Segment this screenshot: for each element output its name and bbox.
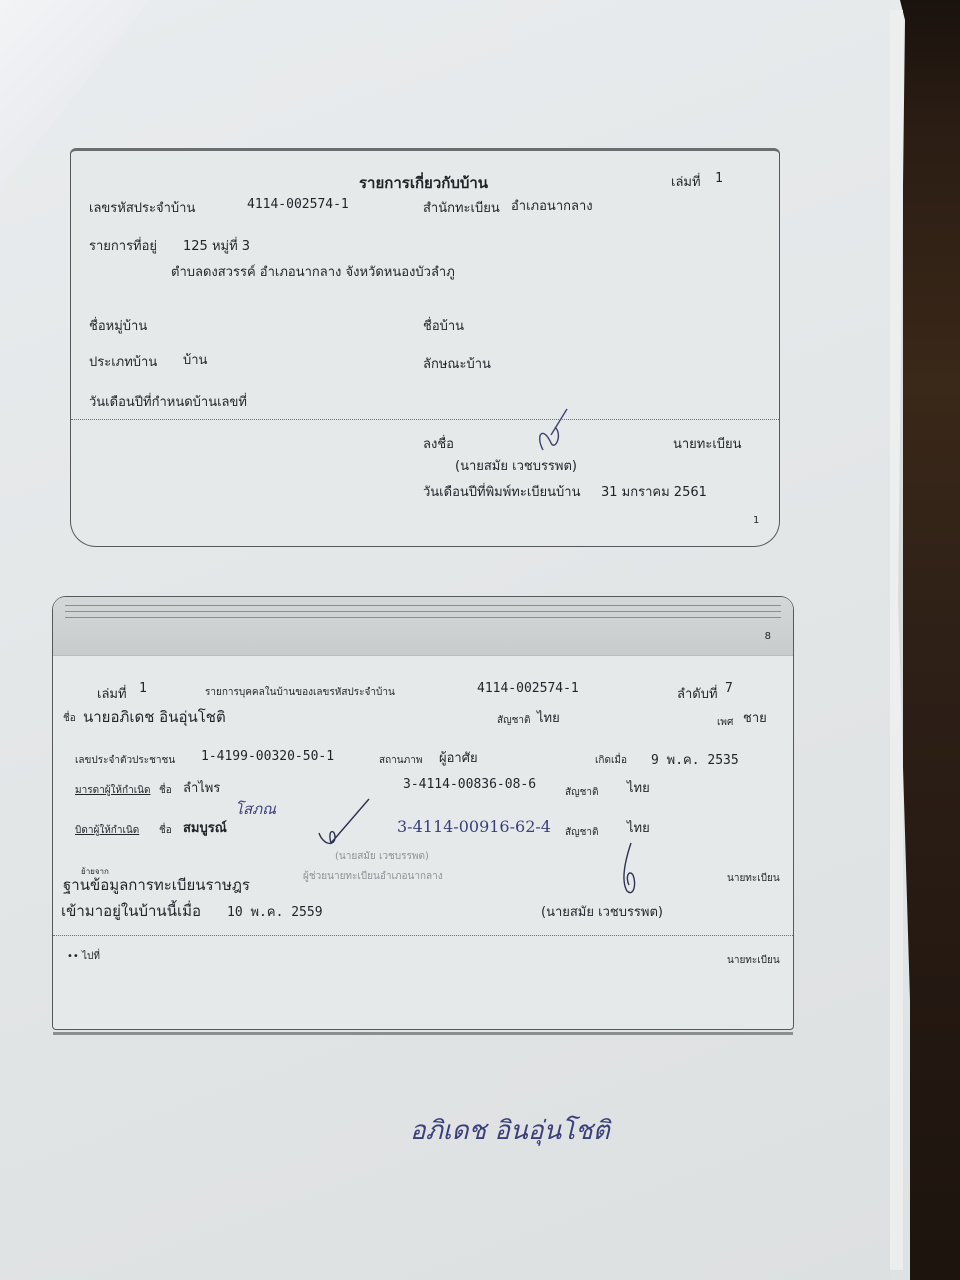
father-nationality: ไทย	[627, 817, 650, 838]
nationality: ไทย	[537, 707, 560, 728]
status: ผู้อาศัย	[439, 747, 478, 768]
person-details-card: 8 เล่มที่ 1 รายการบุคคลในบ้านของเลขรหัสป…	[52, 596, 794, 1030]
dotted-divider	[53, 935, 793, 936]
page-number: 8	[765, 631, 771, 642]
order-no: 7	[725, 681, 733, 696]
registrar-title: นายทะเบียน	[673, 433, 742, 454]
sex-label: เพศ	[717, 715, 733, 730]
registrar-name: (นายสมัย เวชบรรพต)	[455, 455, 577, 476]
sex: ชาย	[743, 707, 767, 728]
print-date: 31 มกราคม 2561	[601, 481, 707, 502]
book-label: เล่มที่	[671, 171, 701, 192]
book-no: 1	[715, 171, 723, 186]
birth-label: เกิดเมื่อ	[595, 753, 627, 768]
address-line2: ตำบลดงสวรรค์ อำเภอนากลาง จังหวัดหนองบัวล…	[171, 261, 455, 282]
status-label: สถานภาพ	[379, 753, 422, 768]
registrar-name: (นายสมัย เวชบรรพต)	[541, 901, 663, 922]
name-label: ชื่อ	[63, 711, 76, 726]
print-date-label: วันเดือนปีที่พิมพ์ทะเบียนบ้าน	[423, 481, 581, 502]
stamp-title-faded: ผู้ช่วยนายทะเบียนอำเภอนากลาง	[303, 869, 443, 884]
mother-nationality-label: สัญชาติ	[565, 785, 599, 800]
house-details-card: รายการเกี่ยวกับบ้าน เล่มที่ 1 เลขรหัสประ…	[70, 148, 780, 547]
moved-in-date: 10 พ.ค. 2559	[227, 901, 323, 922]
house-code: 4114-002574-1	[477, 681, 579, 696]
order-label: ลำดับที่	[677, 683, 718, 704]
house-code-label: เลขรหัสประจำบ้าน	[89, 197, 195, 218]
check-mark	[313, 793, 383, 853]
mother-label: มารดาผู้ให้กำเนิด	[75, 783, 150, 798]
document-page: รายการเกี่ยวกับบ้าน เล่มที่ 1 เลขรหัสประ…	[0, 0, 890, 1280]
card-stack-header: 8	[53, 597, 793, 656]
father-name-handwritten: โสภณ	[235, 797, 276, 821]
moved-to-label: •• ไปที่	[67, 949, 100, 964]
moved-from: ฐานข้อมูลการทะเบียนราษฎร	[63, 873, 250, 897]
address-line1: 125 หมู่ที่ 3	[183, 235, 250, 256]
handwritten-signature: อภิเดช อินอุ่นโชติ	[410, 1110, 610, 1151]
registrar-title: นายทะเบียน	[727, 871, 780, 886]
registry-office-label: สำนักทะเบียน	[423, 197, 500, 218]
registrar-signature	[533, 405, 573, 455]
house-type-label: ประเภทบ้าน	[89, 351, 157, 372]
mother-name: ลำไพร	[183, 777, 220, 798]
book-no: 1	[139, 681, 147, 696]
birth-date: 9 พ.ค. 2535	[651, 749, 739, 770]
id-label: เลขประจำตัวประชาชน	[75, 753, 175, 768]
registrar-signature	[617, 841, 647, 897]
house-type: บ้าน	[183, 349, 207, 370]
mother-nationality: ไทย	[627, 777, 650, 798]
house-character-label: ลักษณะบ้าน	[423, 353, 491, 374]
card-bottom-edge	[53, 1032, 793, 1035]
registrar-title-2: นายทะเบียน	[727, 953, 780, 968]
signed-label: ลงชื่อ	[423, 433, 454, 454]
id-number: 1-4199-00320-50-1	[201, 749, 334, 764]
house-name-label: ชื่อบ้าน	[423, 315, 464, 336]
assigned-date-label: วันเดือนปีที่กำหนดบ้านเลขที่	[89, 391, 247, 412]
page-number: 1	[753, 515, 759, 526]
nationality-label: สัญชาติ	[497, 713, 531, 728]
address-label: รายการที่อยู่	[89, 235, 157, 256]
father-nationality-label: สัญชาติ	[565, 825, 599, 840]
father-name-label: ชื่อ	[159, 823, 172, 838]
house-section-title: รายการเกี่ยวกับบ้าน	[359, 171, 488, 195]
father-name: สมบูรณ์	[183, 817, 227, 838]
mother-name-label: ชื่อ	[159, 783, 172, 798]
mother-id: 3-4114-00836-08-6	[403, 777, 536, 792]
person-name: นายอภิเดช อินอุ่นโชติ	[83, 705, 226, 729]
father-label: บิดาผู้ให้กำเนิด	[75, 823, 139, 838]
stamp-name-faded: (นายสมัย เวชบรรพต)	[335, 849, 429, 864]
registry-office: อำเภอนากลาง	[511, 195, 593, 216]
dotted-divider	[71, 419, 779, 420]
book-label: เล่มที่	[97, 683, 127, 704]
village-name-label: ชื่อหมู่บ้าน	[89, 315, 147, 336]
person-list-label: รายการบุคคลในบ้านของเลขรหัสประจำบ้าน	[205, 685, 395, 700]
moved-in-label: เข้ามาอยู่ในบ้านนี้เมื่อ	[61, 899, 201, 923]
father-id-handwritten: 3-4114-00916-62-4	[397, 817, 551, 836]
house-code: 4114-002574-1	[247, 197, 349, 212]
